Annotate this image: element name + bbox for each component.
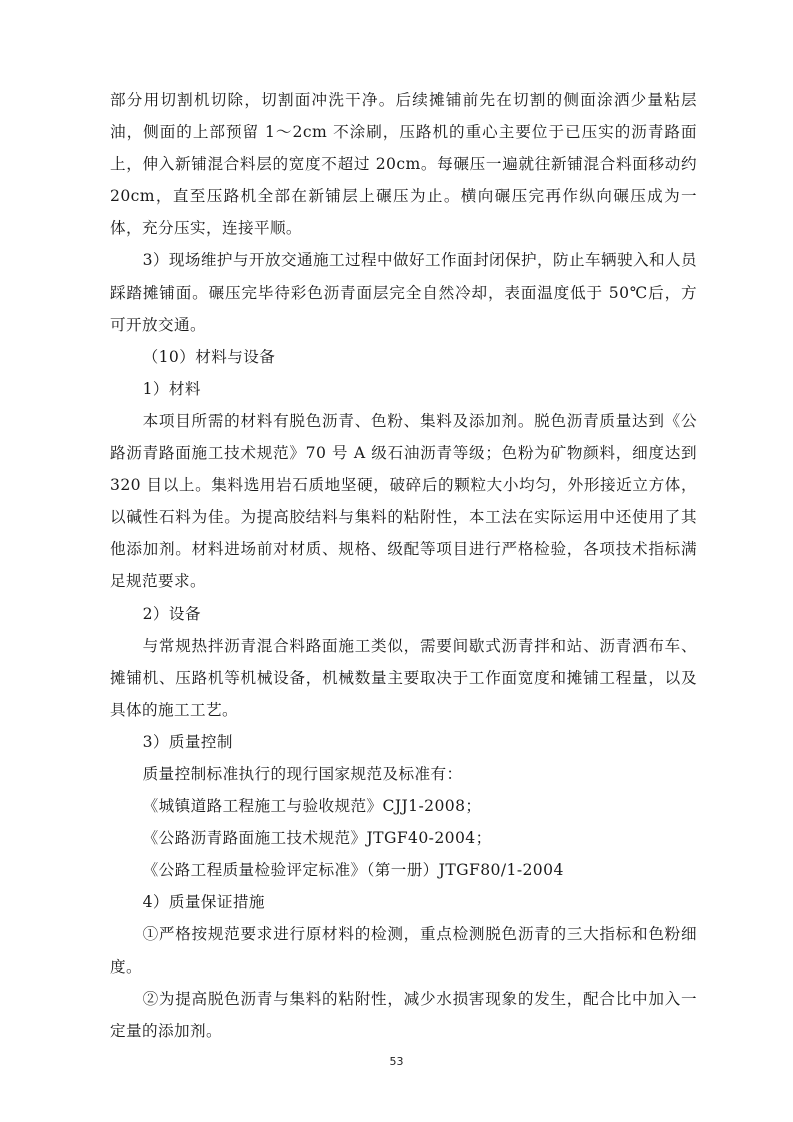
standard-item-cjj1: 《城镇道路工程施工与验收规范》CJJ1-2008； <box>110 790 697 822</box>
list-item-additive-adhesion: ②为提高脱色沥青与集料的粘附性，减少水损害现象的发生，配合比中加入一定量的添加剂… <box>110 983 697 1047</box>
paragraph-equipment-description: 与常规热拌沥青混合料路面施工类似，需要间歇式沥青拌和站、沥青洒布车、摊铺机、压路… <box>110 630 697 726</box>
subheading-equipment: 2）设备 <box>110 598 697 630</box>
subheading-quality-assurance: 4）质量保证措施 <box>110 886 697 918</box>
list-item-raw-material-testing: ①严格按规范要求进行原材料的检测，重点检测脱色沥青的三大指标和色粉细度。 <box>110 918 697 982</box>
paragraph-quality-standards-intro: 质量控制标准执行的现行国家规范及标准有： <box>110 758 697 790</box>
paragraph-materials-description: 本项目所需的材料有脱色沥青、色粉、集料及添加剂。脱色沥青质量达到《公路沥青路面施… <box>110 405 697 598</box>
paragraph-site-maintenance-traffic: 3）现场维护与开放交通施工过程中做好工作面封闭保护，防止车辆驶入和人员踩踏摊铺面… <box>110 244 697 340</box>
subheading-quality-control: 3）质量控制 <box>110 726 697 758</box>
subheading-materials: 1）材料 <box>110 373 697 405</box>
paragraph-rolling-joint-continuation: 部分用切割机切除，切割面冲洗干净。后续摊铺前先在切割的侧面涂洒少量粘层油，侧面的… <box>110 84 697 244</box>
standard-item-jtgf80: 《公路工程质量检验评定标准》（第一册）JTGF80/1-2004 <box>110 854 697 886</box>
page-number: 53 <box>0 1055 793 1068</box>
standard-item-jtgf40: 《公路沥青路面施工技术规范》JTGF40-2004； <box>110 822 697 854</box>
document-body: 部分用切割机切除，切割面冲洗干净。后续摊铺前先在切割的侧面涂洒少量粘层油，侧面的… <box>110 84 697 1047</box>
section-heading-materials-equipment: （10）材料与设备 <box>110 341 697 373</box>
